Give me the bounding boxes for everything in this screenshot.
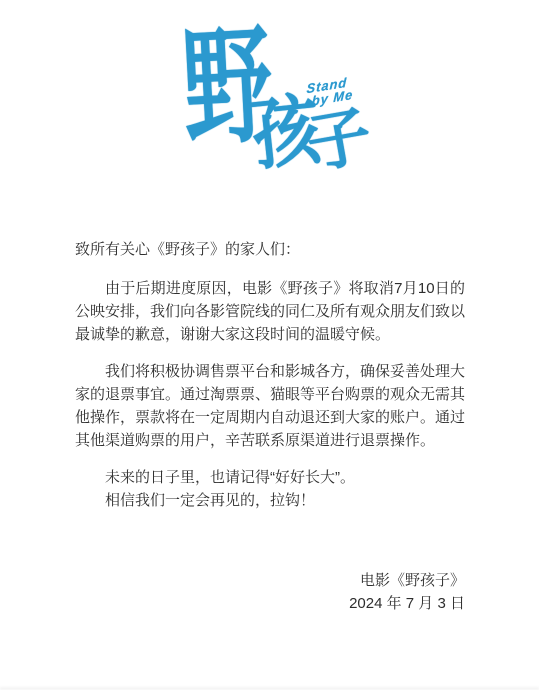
logo-character-3: 子 xyxy=(302,103,376,177)
paragraph-cancellation-notice: 由于后期进度原因，电影《野孩子》将取消7月10日的公映安排，我们向各影管院线的同… xyxy=(75,277,465,346)
closing-line-1: 未来的日子里，也请记得“好好长大”。 xyxy=(75,466,465,489)
announcement-page: 野 孩 子 Stand by Me 致所有关心《野孩子》的家人们： 由于后期进度… xyxy=(0,0,539,690)
movie-logo: 野 孩 子 Stand by Me xyxy=(0,0,539,215)
signature: 电影《野孩子》 xyxy=(75,569,465,592)
salutation: 致所有关心《野孩子》的家人们： xyxy=(75,238,465,261)
date: 2024 年 7 月 3 日 xyxy=(75,592,465,615)
letter-body: 致所有关心《野孩子》的家人们： 由于后期进度原因，电影《野孩子》将取消7月10日… xyxy=(75,238,465,615)
closing-line-2: 相信我们一定会再见的，拉钩！ xyxy=(75,489,465,512)
signature-block: 电影《野孩子》 2024 年 7 月 3 日 xyxy=(75,569,465,615)
paragraph-refund-info: 我们将积极协调售票平台和影城各方，确保妥善处理大家的退票事宜。通过淘票票、猫眼等… xyxy=(75,360,465,452)
